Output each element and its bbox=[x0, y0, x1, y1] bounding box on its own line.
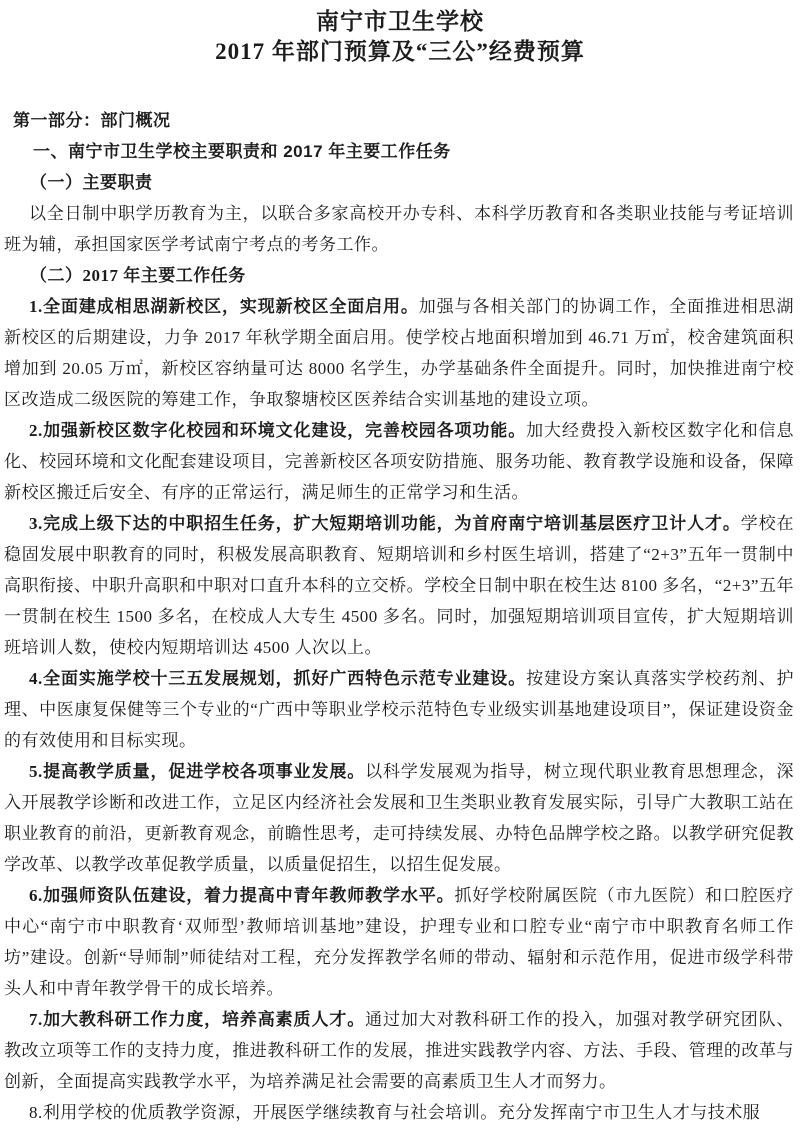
document-page: 南宁市卫生学校 2017 年部门预算及“三公”经费预算 第一部分：部门概况 一、… bbox=[0, 0, 800, 1129]
task-paragraph-7: 7.加大教科研工作力度，培养高素质人才。通过加大对教科研工作的投入，加强对教学研… bbox=[4, 1004, 794, 1097]
task-6-lead: 6.加强师资队伍建设，着力提高中青年教师教学水平。 bbox=[29, 886, 455, 905]
task-8-body: 8.利用学校的优质教学资源，开展医学继续教育与社会培训。充分发挥南宁市卫生人才与… bbox=[29, 1103, 760, 1122]
task-7-lead: 7.加大教科研工作力度，培养高素质人才。 bbox=[29, 1010, 365, 1029]
task-3-body: 学校在稳固发展中职教育的同时，积极发展高职教育、短期培训和乡村医生培训，搭建了“… bbox=[4, 514, 794, 657]
task-paragraph-1: 1.全面建成相思湖新校区，实现新校区全面启用。加强与各相关部门的协调工作，全面推… bbox=[4, 291, 794, 415]
task-paragraph-8: 8.利用学校的优质教学资源，开展医学继续教育与社会培训。充分发挥南宁市卫生人才与… bbox=[4, 1097, 794, 1128]
task-paragraph-6: 6.加强师资队伍建设，着力提高中青年教师教学水平。抓好学校附属医院（市九医院）和… bbox=[4, 880, 794, 1004]
task-paragraph-2: 2.加强新校区数字化校园和环境文化建设，完善校园各项功能。加大经费投入新校区数字… bbox=[4, 415, 794, 508]
task-5-lead: 5.提高教学质量，促进学校各项事业发展。 bbox=[29, 762, 365, 781]
title-line-1: 南宁市卫生学校 bbox=[0, 7, 800, 37]
subsection2-heading: （二）2017 年主要工作任务 bbox=[4, 260, 794, 291]
task-1-lead: 1.全面建成相思湖新校区，实现新校区全面启用。 bbox=[29, 297, 419, 316]
document-body: 第一部分：部门概况 一、南宁市卫生学校主要职责和 2017 年主要工作任务 （一… bbox=[0, 105, 800, 1128]
task-paragraph-5: 5.提高教学质量，促进学校各项事业发展。以科学发展观为指导，树立现代职业教育思想… bbox=[4, 756, 794, 880]
task-paragraph-3: 3.完成上级下达的中职招生任务，扩大短期培训功能，为首府南宁培训基层医疗卫计人才… bbox=[4, 508, 794, 663]
subsection1-heading: （一）主要职责 bbox=[4, 167, 794, 198]
title-line-2: 2017 年部门预算及“三公”经费预算 bbox=[0, 37, 800, 67]
task-2-lead: 2.加强新校区数字化校园和环境文化建设，完善校园各项功能。 bbox=[29, 421, 526, 440]
task-paragraph-4: 4.全面实施学校十三五发展规划，抓好广西特色示范专业建设。按建设方案认真落实学校… bbox=[4, 663, 794, 756]
document-title: 南宁市卫生学校 2017 年部门预算及“三公”经费预算 bbox=[0, 0, 800, 67]
task-4-lead: 4.全面实施学校十三五发展规划，抓好广西特色示范专业建设。 bbox=[29, 669, 526, 688]
subsection1-paragraph: 以全日制中职学历教育为主，以联合多家高校开办专科、本科学历教育和各类职业技能与考… bbox=[4, 198, 794, 260]
section1-heading: 一、南宁市卫生学校主要职责和 2017 年主要工作任务 bbox=[4, 136, 794, 167]
part1-heading: 第一部分：部门概况 bbox=[13, 105, 794, 136]
task-3-lead: 3.完成上级下达的中职招生任务，扩大短期培训功能，为首府南宁培训基层医疗卫计人才… bbox=[29, 514, 741, 533]
